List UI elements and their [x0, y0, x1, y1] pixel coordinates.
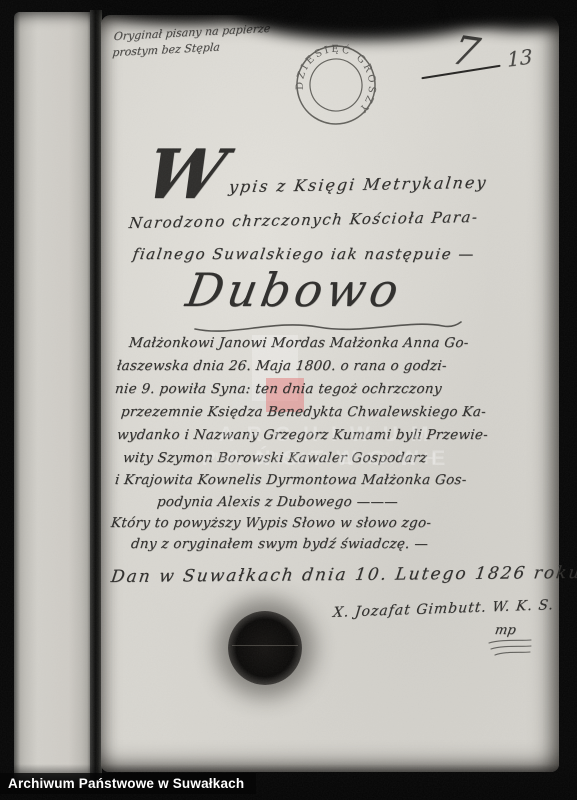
flourish-underline-icon	[193, 317, 463, 337]
body-line: łaszewska dnia 26. Maja 1800. o rana o g…	[116, 358, 448, 374]
body-line: wydanko i Nazwany Grzegorz Kumami byli P…	[116, 427, 489, 443]
body-line: Małżonkowi Janowi Mordas Małżonka Anna G…	[128, 335, 469, 351]
page-number: 13	[507, 44, 533, 72]
archive-caption: Archiwum Państwowe w Suwałkach	[0, 773, 256, 794]
body-line: wity Szymon Borowski Kawaler Gospodarz	[122, 450, 428, 466]
body-line: podynia Alexis z Dubowego ———	[156, 494, 399, 510]
date-line: Dan w Suwałkach dnia 10. Lutego 1826 rok…	[110, 563, 577, 587]
signature-flourish-icon	[487, 639, 533, 659]
manuscript-page: Oryginał pisany na papierze prostym bez …	[101, 15, 559, 772]
opening-initial: W	[137, 135, 233, 215]
wax-seal	[228, 611, 302, 685]
stamp-circle-text: DZIESIĘĆ GROSZY	[287, 36, 384, 128]
revenue-stamp: DZIESIĘĆ GROSZY	[281, 30, 390, 139]
page-title: Dubowo	[182, 263, 406, 317]
body-line: i Krajowita Kownelis Dyrmontowa Małżonka…	[114, 472, 467, 488]
signature-annotation: mp	[494, 623, 517, 638]
body-line: nie 9. powiła Syna: ten dnia tegoż ochrz…	[114, 381, 443, 397]
marginal-note: Oryginał pisany na papierze prostym bez …	[112, 21, 271, 61]
archival-scan: Oryginał pisany na papierze prostym bez …	[0, 0, 577, 800]
signature: X. Jozafat Gimbutt. W. K. S.	[332, 597, 555, 621]
closing-line: Który to powyższy Wypis Słowo w słowo zg…	[110, 515, 432, 531]
underlying-page-edge	[14, 12, 92, 790]
opening-line3: fialnego Suwalskiego iak następuie —	[132, 245, 476, 263]
opening-line1: ypis z Księgi Metrykalney	[228, 173, 489, 197]
closing-line: dny z oryginałem swym bydź świadczę. —	[130, 536, 429, 552]
body-line: przezemnie Księdza Benedykta Chwalewskie…	[120, 404, 487, 420]
